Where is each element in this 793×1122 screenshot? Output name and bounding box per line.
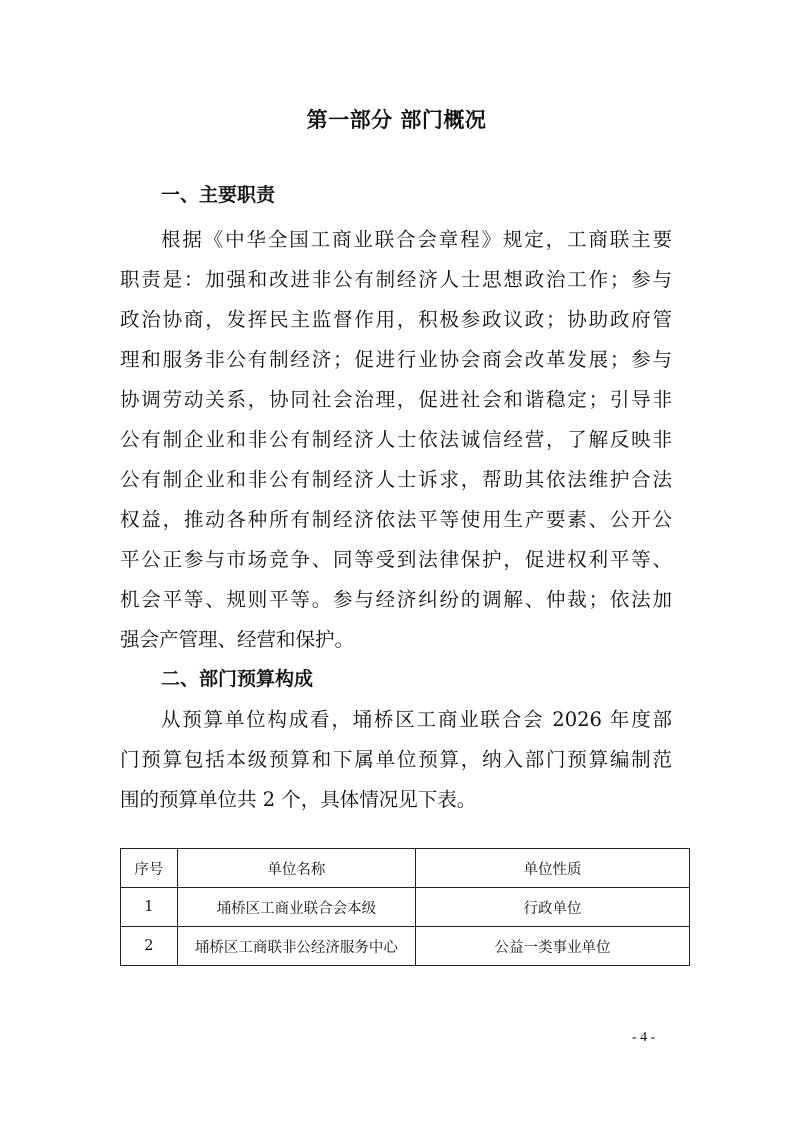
cell-serial-number: 2 bbox=[121, 927, 178, 966]
page-title: 第一部分 部门概况 bbox=[0, 104, 793, 134]
cell-unit-nature: 公益一类事业单位 bbox=[415, 927, 689, 966]
budget-units-table: 序号 单位名称 单位性质 1 埇桥区工商业联合会本级 行政单位 2 埇桥区工商联… bbox=[120, 848, 690, 966]
paragraph-line: 强会产管理、经营和保护。 bbox=[120, 624, 672, 652]
section-heading-budget-composition: 二、部门预算构成 bbox=[161, 664, 313, 691]
header-serial-number: 序号 bbox=[121, 849, 178, 888]
paragraph-line: 公有制企业和非公有制经济人士依法诚信经营，了解反映非 bbox=[120, 424, 672, 452]
paragraph-line: 机会平等、规则平等。参与经济纠纷的调解、仲裁；依法加 bbox=[120, 584, 672, 612]
cell-serial-number: 1 bbox=[121, 888, 178, 927]
paragraph-line: 公有制企业和非公有制经济人士诉求，帮助其依法维护合法 bbox=[120, 464, 672, 492]
table-row: 2 埇桥区工商联非公经济服务中心 公益一类事业单位 bbox=[121, 927, 690, 966]
page-number: - 4 - bbox=[632, 1030, 655, 1046]
table-row: 1 埇桥区工商业联合会本级 行政单位 bbox=[121, 888, 690, 927]
paragraph-line: 平公正参与市场竞争、同等受到法律保护，促进权利平等、 bbox=[120, 544, 672, 572]
paragraph-line: 围的预算单位共 2 个，具体情况见下表。 bbox=[120, 784, 672, 812]
cell-unit-name: 埇桥区工商联非公经济服务中心 bbox=[177, 927, 415, 966]
table-header-row: 序号 单位名称 单位性质 bbox=[121, 849, 690, 888]
cell-unit-name: 埇桥区工商业联合会本级 bbox=[177, 888, 415, 927]
paragraph-line: 权益，推动各种所有制经济依法平等使用生产要素、公开公 bbox=[120, 504, 672, 532]
paragraph-line: 协调劳动关系，协同社会治理，促进社会和谐稳定；引导非 bbox=[120, 384, 672, 412]
header-unit-nature: 单位性质 bbox=[415, 849, 689, 888]
paragraph-line: 理和服务非公有制经济；促进行业协会商会改革发展；参与 bbox=[120, 344, 672, 372]
document-page: 第一部分 部门概况 一、主要职责 根据《中华全国工商业联合会章程》规定，工商联主… bbox=[0, 0, 793, 1122]
header-unit-name: 单位名称 bbox=[177, 849, 415, 888]
paragraph-line: 职责是：加强和改进非公有制经济人士思想政治工作；参与 bbox=[120, 264, 672, 292]
paragraph-line: 根据《中华全国工商业联合会章程》规定，工商联主要 bbox=[161, 224, 672, 252]
paragraph-line: 从预算单位构成看，埇桥区工商业联合会 2026 年度部 bbox=[161, 704, 672, 732]
cell-unit-nature: 行政单位 bbox=[415, 888, 689, 927]
paragraph-line: 政治协商，发挥民主监督作用，积极参政议政；协助政府管 bbox=[120, 304, 672, 332]
section-heading-main-duties: 一、主要职责 bbox=[161, 180, 275, 207]
paragraph-line: 门预算包括本级预算和下属单位预算，纳入部门预算编制范 bbox=[120, 744, 672, 772]
